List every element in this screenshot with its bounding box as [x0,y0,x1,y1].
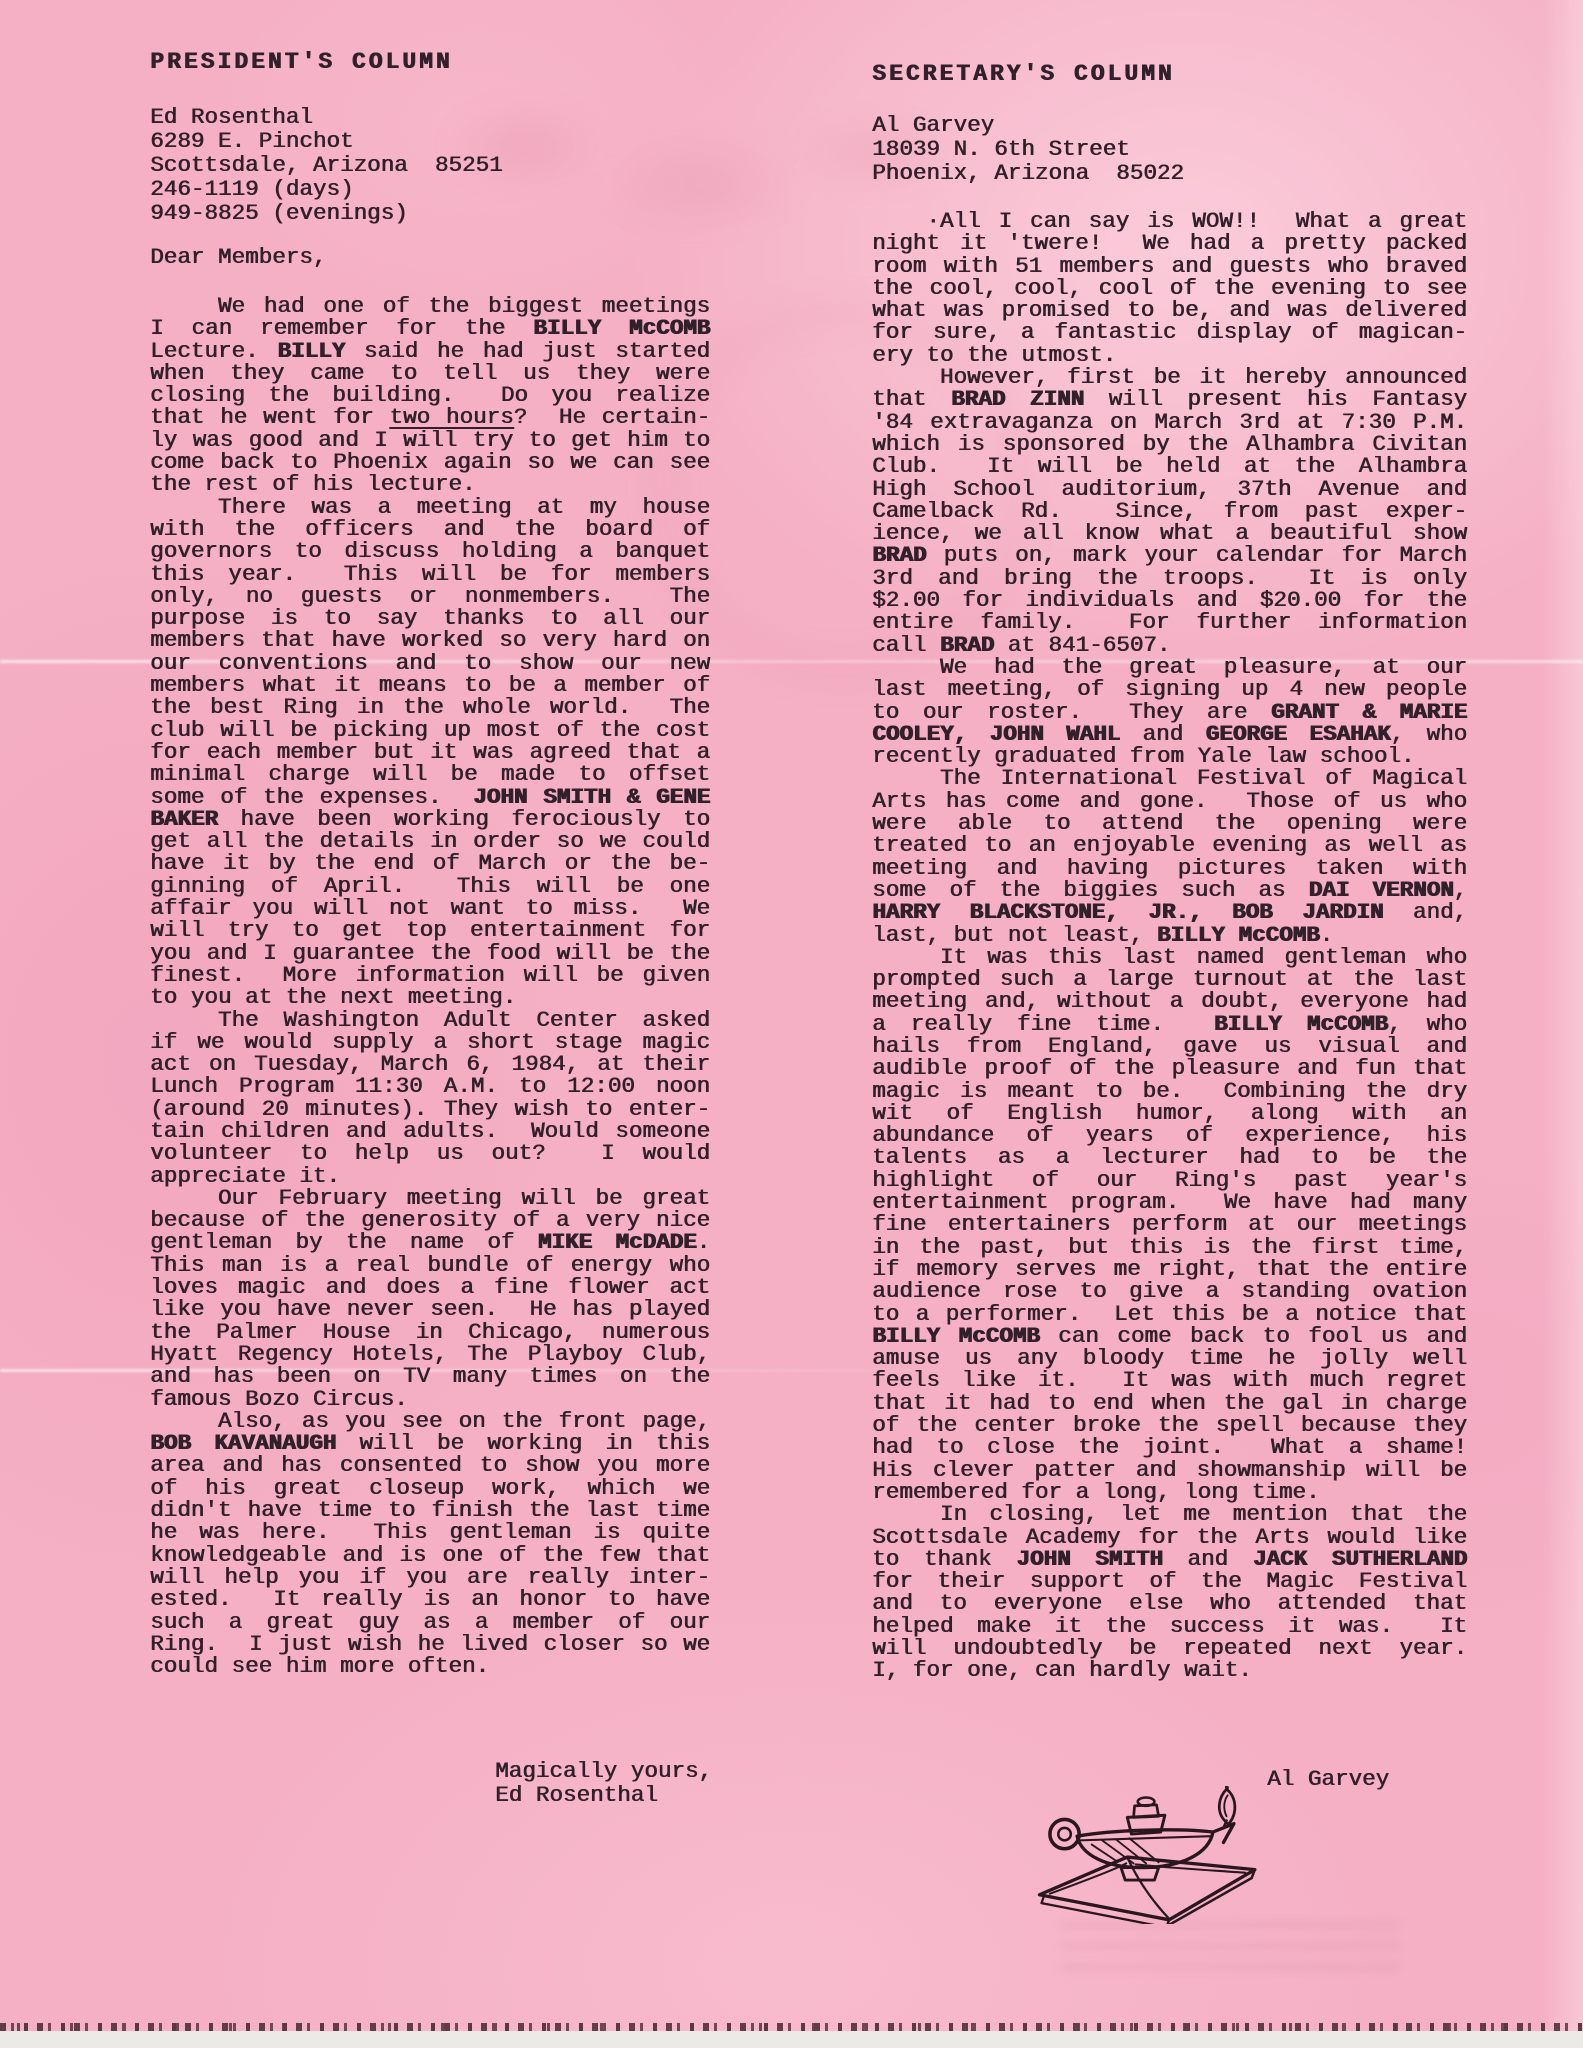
text-line: to our roster. They are GRANT & MARIE [872,701,1467,723]
text-line: Scottsdale, Arizona 85251 [150,153,710,177]
paragraph: We had one of the biggest meetingsI can … [150,295,710,496]
paragraph: We had the great pleasure, at ourlast me… [872,656,1467,767]
text-line: come back to Phoenix again so we can see [150,451,710,473]
text-line: minimal charge will be made to offset [150,763,710,785]
paragraph: In closing, let me mention that theScott… [872,1503,1467,1681]
text-line: have it by the end of March or the be- [150,852,710,874]
paragraph: There was a meeting at my housewith the … [150,496,710,1009]
text-line: Phoenix, Arizona 85022 [872,161,1467,185]
text-line: remembered for a long, long time. [872,1481,1467,1503]
text-line: ·All I can say is WOW!! What a great [872,210,1467,232]
text-line: of his great closeup work, which we [150,1477,710,1499]
paragraph: The International Festival of MagicalArt… [872,767,1467,945]
text-line: talents as a lecturer had to be the [872,1146,1467,1168]
text-line: Ed Rosenthal [150,105,710,129]
text-line: prompted such a large turnout at the las… [872,968,1467,990]
text-line: with the officers and the board of [150,518,710,540]
text-line: like you have never seen. He has played [150,1298,710,1320]
text-line: because of the generosity of a very nice [150,1209,710,1231]
text-line: call BRAD at 841-6507. [872,634,1467,656]
secretarys-column-heading: SECRETARY'S COLUMN [872,62,1467,86]
text-line: will try to get top entertainment for [150,919,710,941]
text-line: $2.00 for individuals and $20.00 for the [872,589,1467,611]
text-line: will undoubtedly be repeated next year. [872,1637,1467,1659]
text-line: some of the expenses. JOHN SMITH & GENE [150,786,710,808]
newsletter-page: PRESIDENT'S COLUMN Ed Rosenthal6289 E. P… [0,0,1583,2048]
text-line: in the past, but this is the first time, [872,1236,1467,1258]
text-line: amuse us any bloody time he jolly well [872,1347,1467,1369]
text-line: hails from England, gave us visual and [872,1035,1467,1057]
text-line: 3rd and bring the troops. It is only [872,567,1467,589]
text-line: ery to the utmost. [872,344,1467,366]
text-line: will help you if you are really inter- [150,1566,710,1588]
text-line: he was here. This gentleman is quite [150,1521,710,1543]
text-line: which is sponsored by the Alhambra Civit… [872,433,1467,455]
secretary-address-block: Al Garvey18039 N. 6th StreetPhoenix, Ari… [872,113,1467,185]
paragraph: It was this last named gentleman whoprom… [872,946,1467,1503]
secretarys-column: SECRETARY'S COLUMN Al Garvey18039 N. 6th… [872,62,1467,1682]
text-line: that BRAD ZINN will present his Fantasy [872,388,1467,410]
text-line: Club. It will be held at the Alhambra [872,455,1467,477]
text-line: to a performer. Let this be a notice tha… [872,1303,1467,1325]
text-line: recently graduated from Yale law school. [872,745,1467,767]
text-line: entire family. For further information [872,611,1467,633]
text-line: for their support of the Magic Festival [872,1570,1467,1592]
text-line: club will be picking up most of the cost [150,719,710,741]
text-line: BILLY McCOMB can come back to fool us an… [872,1325,1467,1347]
text-line: High School auditorium, 37th Avenue and [872,478,1467,500]
text-line: last, but not least, BILLY McCOMB. [872,924,1467,946]
text-line: 949-8825 (evenings) [150,201,710,225]
text-line: ested. It really is an honor to have [150,1588,710,1610]
presidents-column: PRESIDENT'S COLUMN Ed Rosenthal6289 E. P… [150,50,710,1677]
text-line: Lunch Program 11:30 A.M. to 12:00 noon [150,1075,710,1097]
scan-background-strip [0,2031,1583,2048]
text-line: and has been on TV many times on the [150,1365,710,1387]
text-line: audience rose to give a standing ovation [872,1280,1467,1302]
text-line: ginning of April. This will be one [150,875,710,897]
text-line: 6289 E. Pinchot [150,129,710,153]
text-line: loves magic and does a fine flower act [150,1276,710,1298]
text-line: treated to an enjoyable evening as well … [872,834,1467,856]
text-line: BAKER have been working ferociously to [150,808,710,830]
text-line: if memory serves me right, that the enti… [872,1258,1467,1280]
text-line: what was promised to be, and was deliver… [872,299,1467,321]
text-line: the rest of his lecture. [150,473,710,495]
text-line: such a great guy as a member of our [150,1611,710,1633]
text-line: area and has consented to show you more [150,1454,710,1476]
text-line: ience, we all know what a beautiful show [872,522,1467,544]
paragraph: Also, as you see on the front page,BOB K… [150,1410,710,1678]
bleedthrough-ghost-lines [1060,1922,1400,1984]
text-line: tain children and adults. Would someone [150,1120,710,1142]
text-line: entertainment program. We have had many [872,1191,1467,1213]
text-line: finest. More information will be given [150,964,710,986]
text-line: audible proof of the pleasure and fun th… [872,1057,1467,1079]
text-line: abundance of years of experience, his [872,1124,1467,1146]
text-line: Lecture. BILLY said he had just started [150,340,710,362]
oil-lamp-on-book-illustration [1018,1786,1270,1924]
text-line: In closing, let me mention that the [872,1503,1467,1525]
text-line: the best Ring in the whole world. The [150,696,710,718]
text-line: Arts has come and gone. Those of us who [872,790,1467,812]
paragraph: ·All I can say is WOW!! What a greatnigh… [872,210,1467,366]
text-line: were able to attend the opening were [872,812,1467,834]
text-line: meeting and, without a doubt, everyone h… [872,990,1467,1012]
text-line: affair you will not want to miss. We [150,897,710,919]
text-line: BOB KAVANAUGH will be working in this [150,1432,710,1454]
text-line: COOLEY, JOHN WAHL and GEORGE ESAHAK, who [872,723,1467,745]
text-line: Magically yours, [495,1760,712,1784]
text-line: that it had to end when the gal in charg… [872,1392,1467,1414]
text-line: We had the great pleasure, at our [872,656,1467,678]
text-line: magic is meant to be. Combining the dry [872,1080,1467,1102]
text-line: closing the building. Do you realize [150,384,710,406]
text-line: the cool, cool, cool of the evening to s… [872,277,1467,299]
text-line: had to close the joint. What a shame! [872,1436,1467,1458]
text-line: could see him more often. [150,1655,710,1677]
text-line: This man is a real bundle of energy who [150,1254,710,1276]
text-line: wit of English humor, along with an [872,1102,1467,1124]
paper-edge-highlight [1543,0,1583,2048]
text-line: 246-1119 (days) [150,177,710,201]
text-line: act on Tuesday, March 6, 1984, at their [150,1053,710,1075]
text-line: and to everyone else who attended that [872,1592,1467,1614]
text-line: (around 20 minutes). They wish to enter- [150,1098,710,1120]
text-line: appreciate it. [150,1165,710,1187]
text-line: meeting and having pictures taken with [872,857,1467,879]
text-line: knowledgeable and is one of the few that [150,1544,710,1566]
text-line: feels like it. It was with much regret [872,1369,1467,1391]
text-line: Scottsdale Academy for the Arts would li… [872,1526,1467,1548]
text-line: fine entertainers perform at our meeting… [872,1213,1467,1235]
text-line: I can remember for the BILLY McCOMB [150,317,710,339]
paragraph: Our February meeting will be greatbecaus… [150,1187,710,1410]
text-line: Ring. I just wish he lived closer so we [150,1633,710,1655]
text-line: His clever patter and showmanship will b… [872,1459,1467,1481]
text-line: only, no guests or nonmembers. The [150,585,710,607]
text-line: volunteer to help us out? I would [150,1142,710,1164]
presidents-column-body: We had one of the biggest meetingsI can … [150,295,710,1677]
text-line: for sure, a fantastic display of magican… [872,321,1467,343]
text-line: last meeting, of signing up 4 new people [872,678,1467,700]
text-line: I, for one, can hardly wait. [872,1659,1467,1681]
text-line: for each member but it was agreed that a [150,741,710,763]
text-line: gentleman by the name of MIKE McDADE. [150,1231,710,1253]
text-line: Ed Rosenthal [495,1784,712,1808]
text-line: didn't have time to finish the last time [150,1499,710,1521]
secretarys-column-body: ·All I can say is WOW!! What a greatnigh… [872,210,1467,1682]
text-line: night it 'twere! We had a pretty packed [872,232,1467,254]
text-line: get all the details in order so we could [150,830,710,852]
text-line: a really fine time. BILLY McCOMB, who [872,1013,1467,1035]
text-line: 18039 N. 6th Street [872,137,1467,161]
paragraph: However, first be it hereby announcedtha… [872,366,1467,656]
text-line: HARRY BLACKSTONE, JR., BOB JARDIN and, [872,901,1467,923]
text-line: to thank JOHN SMITH and JACK SUTHERLAND [872,1548,1467,1570]
text-line: room with 51 members and guests who brav… [872,255,1467,277]
text-line: However, first be it hereby announced [872,366,1467,388]
text-line: highlight of our Ring's past year's [872,1169,1467,1191]
text-line: this year. This will be for members [150,563,710,585]
text-line: Also, as you see on the front page, [150,1410,710,1432]
text-line: Al Garvey [1267,1768,1389,1792]
text-line: when they came to tell us they were [150,362,710,384]
text-line: BRAD puts on, mark your calendar for Mar… [872,544,1467,566]
secretary-signoff: Al Garvey [1267,1768,1389,1792]
text-line: famous Bozo Circus. [150,1388,710,1410]
text-line: you and I guarantee the food will be the [150,942,710,964]
text-line: Hyatt Regency Hotels, The Playboy Club, [150,1343,710,1365]
text-line: The International Festival of Magical [872,767,1467,789]
salutation: Dear Members, [150,245,710,269]
text-line: helped make it the success it was. It [872,1615,1467,1637]
text-line: members that have worked so very hard on [150,629,710,651]
text-line: We had one of the biggest meetings [150,295,710,317]
text-line: ly was good and I will try to get him to [150,429,710,451]
text-line: to you at the next meeting. [150,986,710,1008]
president-signoff: Magically yours,Ed Rosenthal [495,1760,712,1807]
text-line: our conventions and to show our new [150,652,710,674]
paragraph: The Washington Adult Center askedif we w… [150,1009,710,1187]
text-line: governors to discuss holding a banquet [150,540,710,562]
text-line: Our February meeting will be great [150,1187,710,1209]
text-line: The Washington Adult Center asked [150,1009,710,1031]
text-line: of the center broke the spell because th… [872,1414,1467,1436]
text-line: members what it means to be a member of [150,674,710,696]
text-line: purpose is to say thanks to all our [150,607,710,629]
text-line: Camelback Rd. Since, from past exper- [872,500,1467,522]
text-line: if we would supply a short stage magic [150,1031,710,1053]
text-line: '84 extravaganza on March 3rd at 7:30 P.… [872,411,1467,433]
text-line: Al Garvey [872,113,1467,137]
presidents-column-heading: PRESIDENT'S COLUMN [150,50,710,74]
president-address-block: Ed Rosenthal6289 E. PinchotScottsdale, A… [150,105,710,225]
text-line: There was a meeting at my house [150,496,710,518]
text-line: It was this last named gentleman who [872,946,1467,968]
text-line: the Palmer House in Chicago, numerous [150,1321,710,1343]
text-line: that he went for two hours? He certain- [150,406,710,428]
text-line: some of the biggies such as DAI VERNON, [872,879,1467,901]
